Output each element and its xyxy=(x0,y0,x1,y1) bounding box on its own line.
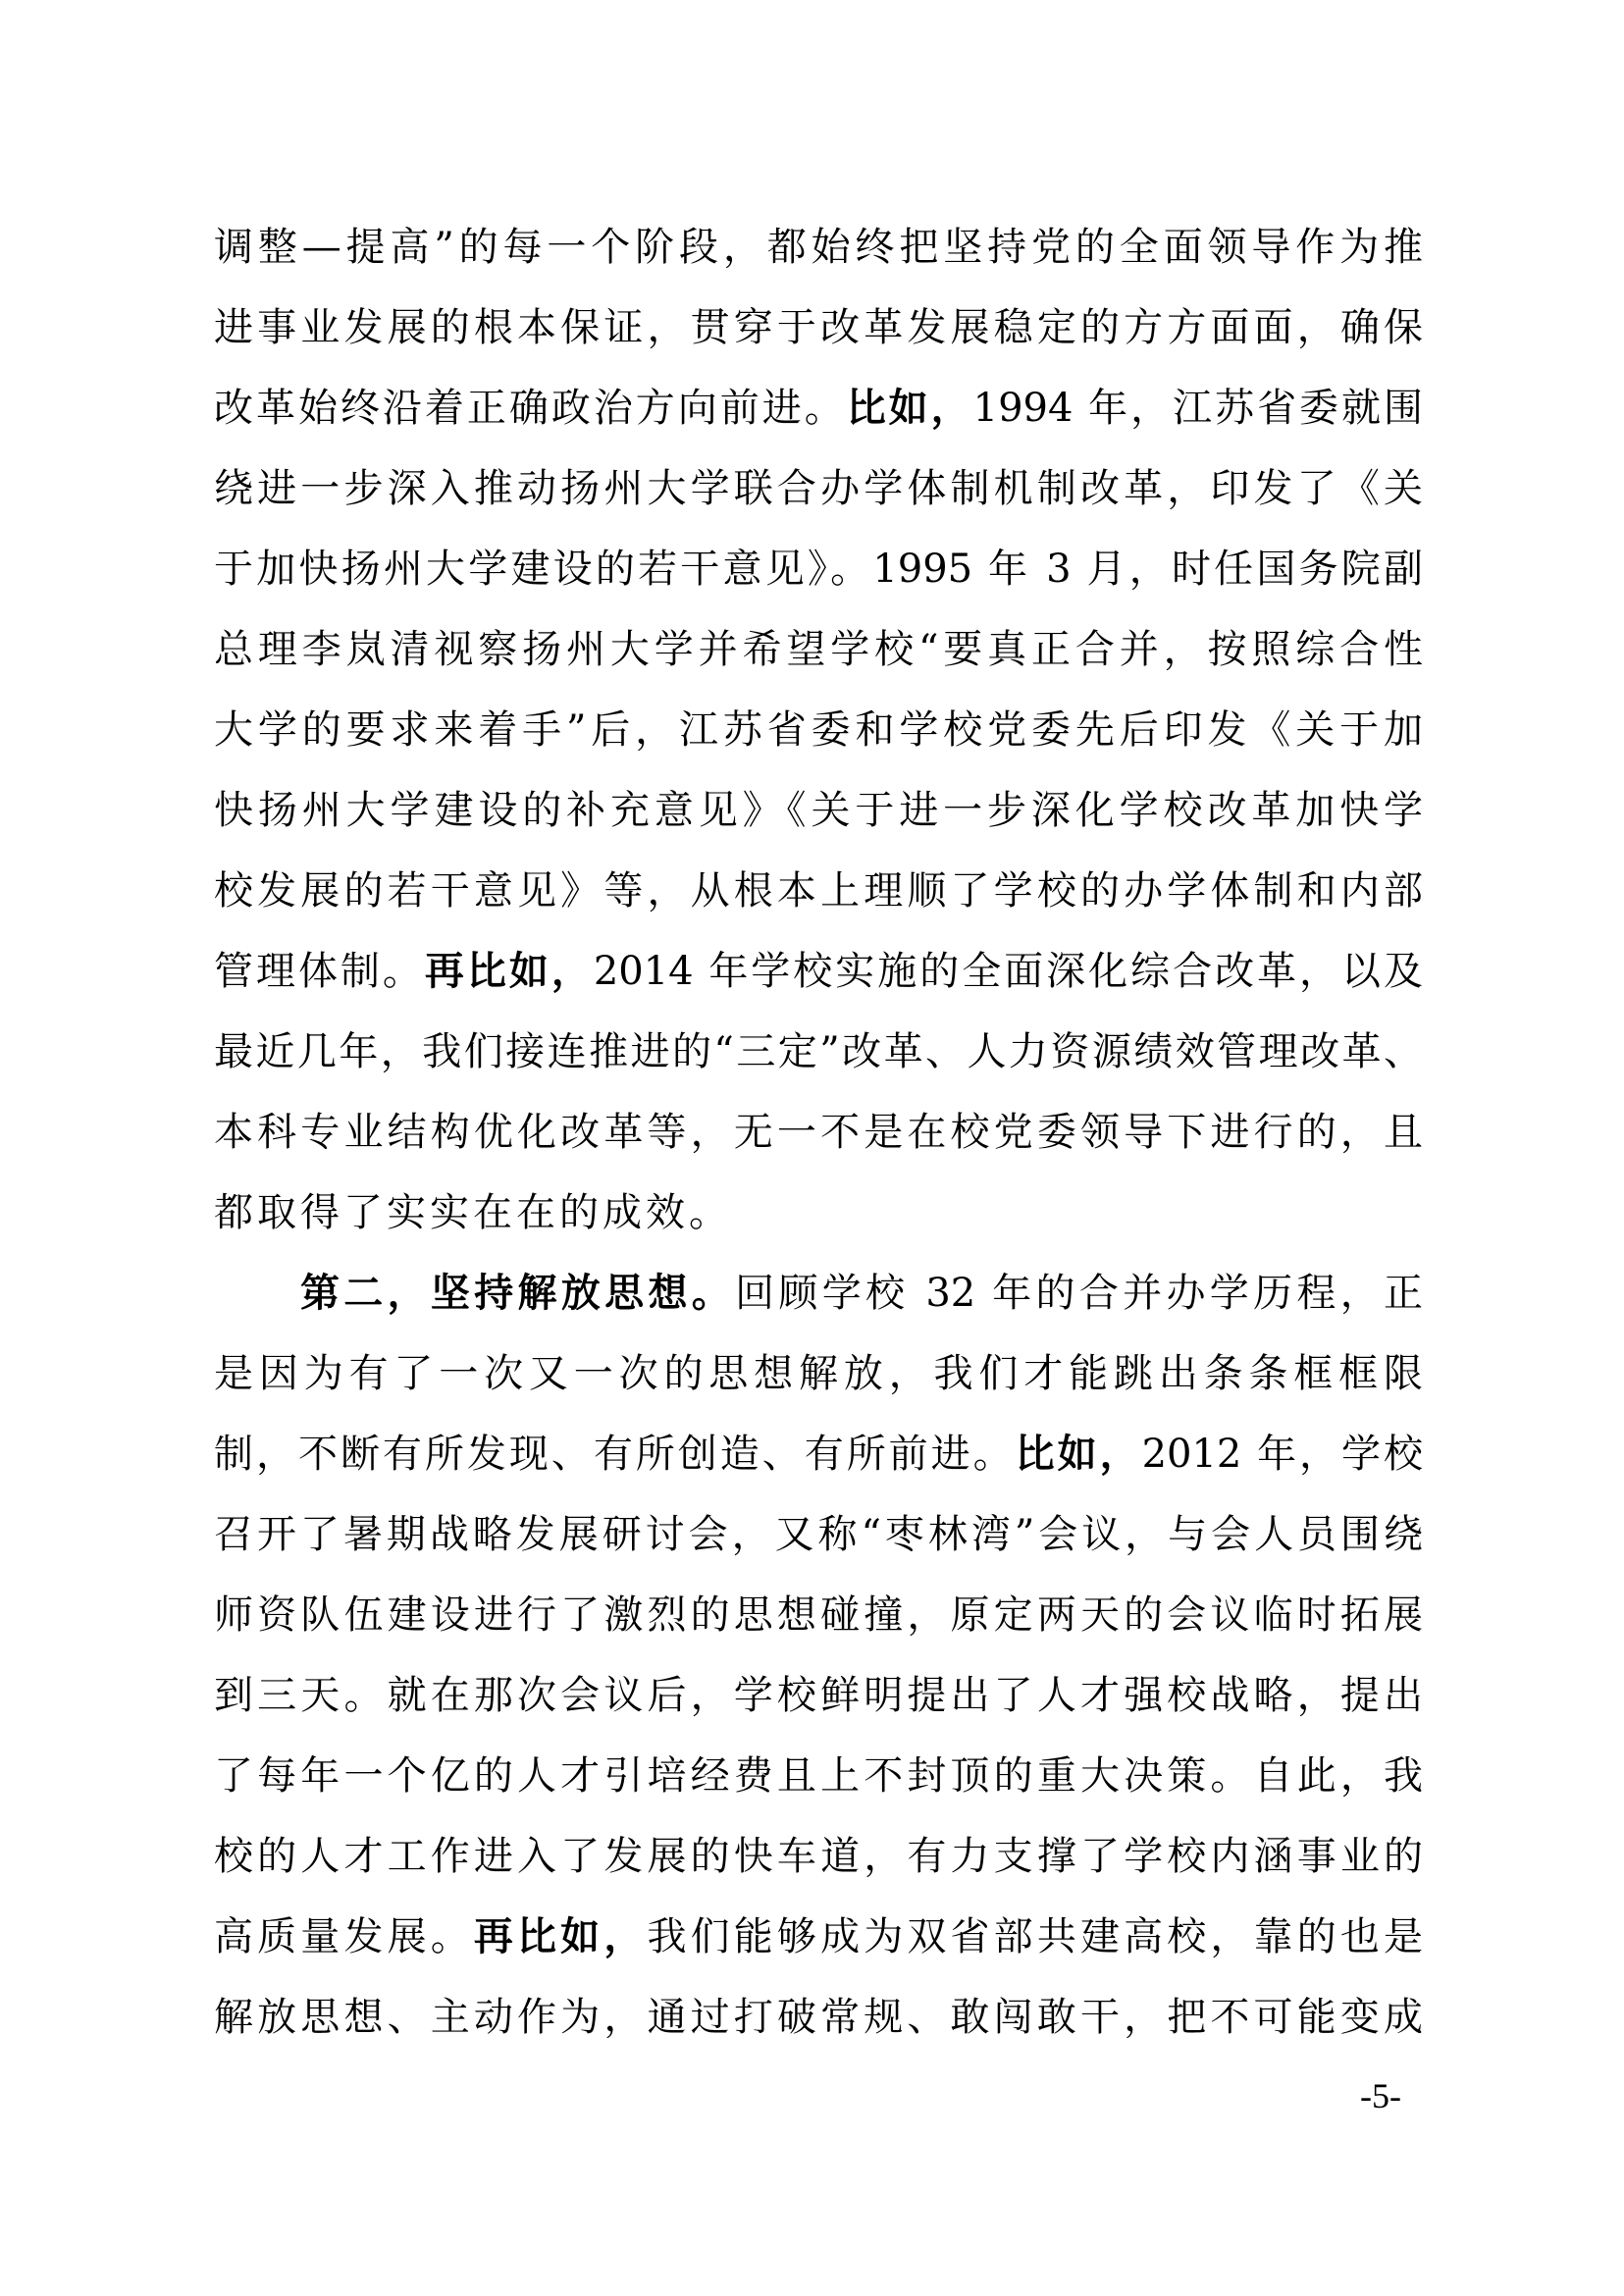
text-line: 解放思想、主动作为，通过打破常规、敢闯敢干，把不可能变成 xyxy=(214,1998,1423,2078)
text-run: 师资队伍建设进行了激烈的思想碰撞，原定两天的会议临时拓展 xyxy=(214,1592,1423,1638)
text-run: 校发展的若干意见》等，从根本上理顺了学校的办学体制和内部 xyxy=(214,868,1423,913)
bold-text-run: 再比如， xyxy=(474,1913,648,1959)
text-run: 管理体制。 xyxy=(214,949,425,994)
text-run: 大学的要求来着手”后，江苏省委和学校党委先后印发《关于加 xyxy=(214,707,1423,753)
text-run: 1994 年，江苏省委就围 xyxy=(973,386,1423,431)
text-run: 绕进一步深入推动扬州大学联合办学体制机制改革，印发了《关 xyxy=(214,466,1423,511)
text-line: 最近几年，我们接连推进的“三定”改革、人力资源绩效管理改革、 xyxy=(214,1032,1423,1113)
text-line: 高质量发展。再比如，我们能够成为双省部共建高校，靠的也是 xyxy=(214,1917,1423,1998)
text-line: 召开了暑期战略发展研讨会，又称“枣林湾”会议，与会人员围绕 xyxy=(214,1515,1423,1595)
text-run: 了每年一个亿的人才引培经费且上不封顶的重大决策。自此，我 xyxy=(214,1753,1423,1799)
text-run: 解放思想、主动作为，通过打破常规、敢闯敢干，把不可能变成 xyxy=(214,1995,1423,2040)
text-line: 师资队伍建设进行了激烈的思想碰撞，原定两天的会议临时拓展 xyxy=(214,1595,1423,1676)
text-run: 2014 年学校实施的全面深化综合改革，以及 xyxy=(594,949,1423,994)
text-run: 总理李岚清视察扬州大学并希望学校“要真正合并，按照综合性 xyxy=(214,627,1423,672)
bold-text-run: 再比如， xyxy=(425,948,594,994)
text-run: 到三天。就在那次会议后，学校鲜明提出了人才强校战略，提出 xyxy=(214,1673,1423,1718)
text-line: 绕进一步深入推动扬州大学联合办学体制机制改革，印发了《关 xyxy=(214,469,1423,549)
text-run: 2012 年，学校 xyxy=(1142,1432,1423,1477)
text-run: 改革始终沿着正确政治方向前进。 xyxy=(214,386,847,431)
bold-text-run: 第二，坚持解放思想。 xyxy=(300,1270,735,1316)
text-line: 总理李岚清视察扬州大学并希望学校“要真正合并，按照综合性 xyxy=(214,630,1423,710)
text-line: 改革始终沿着正确政治方向前进。比如，1994 年，江苏省委就围 xyxy=(214,389,1423,469)
text-line: 了每年一个亿的人才引培经费且上不封顶的重大决策。自此，我 xyxy=(214,1756,1423,1837)
text-run: 校的人才工作进入了发展的快车道，有力支撑了学校内涵事业的 xyxy=(214,1834,1423,1879)
text-line: 第二，坚持解放思想。回顾学校 32 年的合并办学历程，正 xyxy=(300,1274,1423,1354)
document-page: 调整—提高”的每一个阶段，都始终把坚持党的全面领导作为推进事业发展的根本保证，贯… xyxy=(0,0,1624,2296)
text-line: 大学的要求来着手”后，江苏省委和学校党委先后印发《关于加 xyxy=(214,710,1423,791)
text-run: 于加快扬州大学建设的若干意见》。1995 年 3 月，时任国务院副 xyxy=(214,547,1423,592)
text-line: 校的人才工作进入了发展的快车道，有力支撑了学校内涵事业的 xyxy=(214,1837,1423,1917)
text-run: 我们能够成为双省部共建高校，靠的也是 xyxy=(647,1914,1423,1959)
text-line: 都取得了实实在在的成效。 xyxy=(214,1193,1423,1274)
text-run: 最近几年，我们接连推进的“三定”改革、人力资源绩效管理改革、 xyxy=(214,1029,1423,1074)
text-line: 本科专业结构优化改革等，无一不是在校党委领导下进行的，且 xyxy=(214,1113,1423,1193)
text-line: 管理体制。再比如，2014 年学校实施的全面深化综合改革，以及 xyxy=(214,952,1423,1032)
text-run: 制，不断有所发现、有所创造、有所前进。 xyxy=(214,1432,1016,1477)
text-run: 高质量发展。 xyxy=(214,1914,474,1959)
text-line: 进事业发展的根本保证，贯穿于改革发展稳定的方方面面，确保 xyxy=(214,308,1423,389)
text-run: 回顾学校 32 年的合并办学历程，正 xyxy=(735,1271,1423,1316)
text-run: 是因为有了一次又一次的思想解放，我们才能跳出条条框框限 xyxy=(214,1351,1423,1396)
text-line: 校发展的若干意见》等，从根本上理顺了学校的办学体制和内部 xyxy=(214,871,1423,952)
text-run: 都取得了实实在在的成效。 xyxy=(214,1190,732,1235)
text-run: 进事业发展的根本保证，贯穿于改革发展稳定的方方面面，确保 xyxy=(214,305,1423,350)
text-line: 快扬州大学建设的补充意见》《关于进一步深化学校改革加快学 xyxy=(214,791,1423,871)
text-line: 到三天。就在那次会议后，学校鲜明提出了人才强校战略，提出 xyxy=(214,1676,1423,1756)
text-run: 快扬州大学建设的补充意见》《关于进一步深化学校改革加快学 xyxy=(214,788,1423,833)
text-line: 调整—提高”的每一个阶段，都始终把坚持党的全面领导作为推 xyxy=(214,228,1423,308)
text-line: 是因为有了一次又一次的思想解放，我们才能跳出条条框框限 xyxy=(214,1354,1423,1435)
text-run: 调整—提高”的每一个阶段，都始终把坚持党的全面领导作为推 xyxy=(214,225,1423,270)
text-run: 本科专业结构优化改革等，无一不是在校党委领导下进行的，且 xyxy=(214,1110,1423,1155)
text-line: 制，不断有所发现、有所创造、有所前进。比如，2012 年，学校 xyxy=(214,1435,1423,1515)
bold-text-run: 比如， xyxy=(847,385,973,431)
text-run: 召开了暑期战略发展研讨会，又称“枣林湾”会议，与会人员围绕 xyxy=(214,1512,1423,1557)
text-line: 于加快扬州大学建设的若干意见》。1995 年 3 月，时任国务院副 xyxy=(214,549,1423,630)
bold-text-run: 比如， xyxy=(1016,1431,1142,1477)
page-number: -5- xyxy=(1360,2076,1401,2115)
